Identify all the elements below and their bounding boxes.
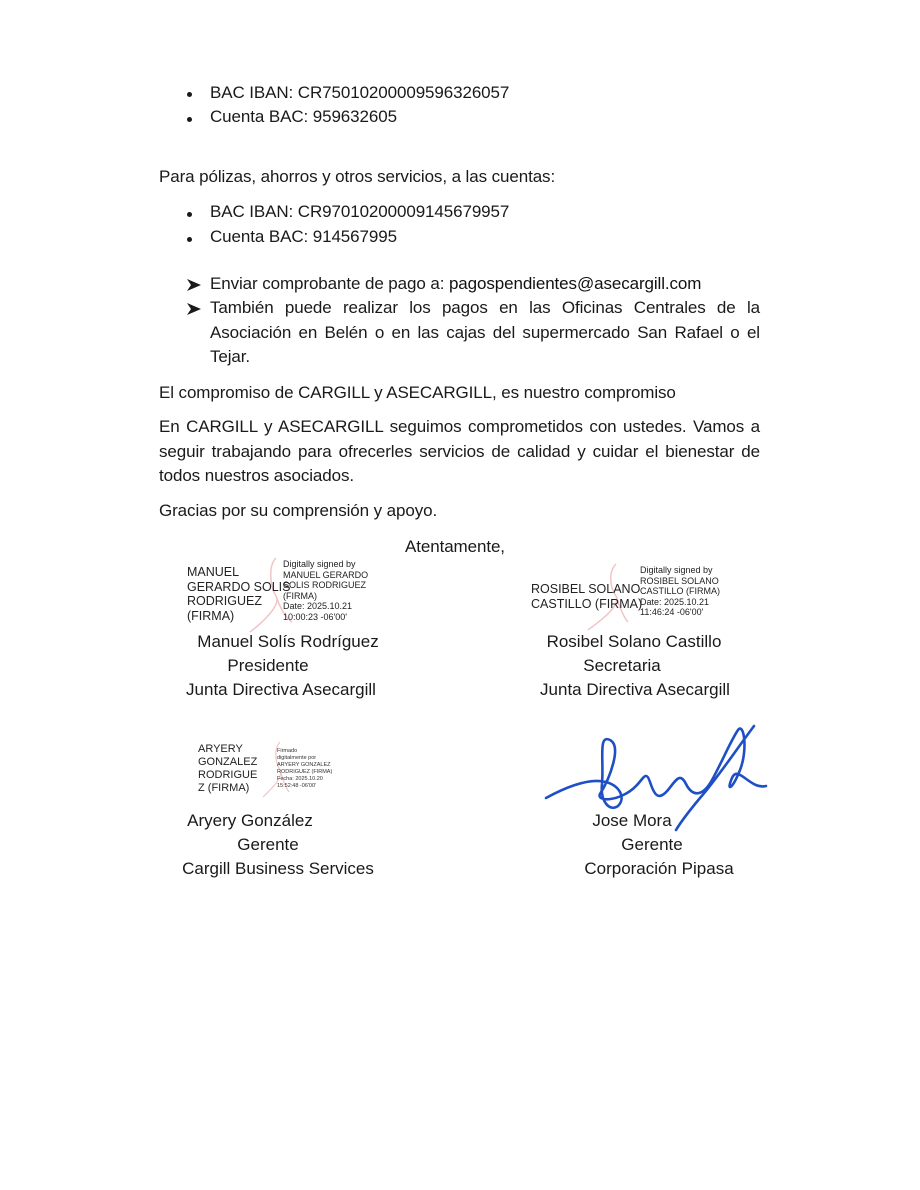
digital-signature-name: ROSIBEL SOLANO CASTILLO (FIRMA): [531, 582, 642, 611]
digital-signature-detail: Firmado digitalmente por ARYERY GONZALEZ…: [277, 748, 332, 790]
commitment-body: En CARGILL y ASECARGILL seguimos comprom…: [159, 415, 760, 489]
digital-signature-name: MANUEL GERARDO SOLIS RODRIGUEZ (FIRMA): [187, 565, 291, 623]
arrow-bullet-icon: [186, 278, 202, 292]
signatory-organization: Junta Directiva Asecargill: [170, 678, 392, 703]
document-page: BAC IBAN: CR75010200009596326057 Cuenta …: [0, 0, 920, 1190]
signatory-role: Secretaria: [526, 654, 718, 679]
signatory-name: Rosibel Solano Castillo: [526, 630, 742, 655]
signatory-name: Manuel Solís Rodríguez: [170, 630, 406, 655]
digital-signature-name: ARYERY GONZALEZ RODRIGUE Z (FIRMA): [198, 743, 257, 795]
instruction-prefix: Enviar comprobante de pago a:: [210, 274, 449, 293]
accounts-intro: Para pólizas, ahorros y otros servicios,…: [159, 165, 555, 189]
signatory-role: Presidente: [170, 654, 366, 679]
bullet-icon: [187, 212, 192, 217]
bullet-icon: [187, 237, 192, 242]
digital-signature-detail: Digitally signed by ROSIBEL SOLANO CASTI…: [640, 565, 720, 618]
closing-text: Atentamente,: [405, 535, 505, 559]
signatory-name: Aryery González: [170, 809, 330, 834]
bullet-icon: [187, 92, 192, 97]
account-iban-1: BAC IBAN: CR75010200009596326057: [210, 81, 509, 105]
account-number-2: Cuenta BAC: 914567995: [210, 225, 397, 249]
signatory-organization: Cargill Business Services: [170, 857, 386, 882]
bullet-icon: [187, 117, 192, 122]
thanks-text: Gracias por su comprensión y apoyo.: [159, 499, 437, 523]
instruction-send-receipt: Enviar comprobante de pago a: pagospendi…: [210, 272, 701, 296]
signatory-organization: Corporación Pipasa: [562, 857, 756, 882]
instruction-payment-locations: También puede realizar los pagos en las …: [210, 296, 760, 370]
signatory-name: Jose Mora: [562, 809, 702, 834]
payment-email-link[interactable]: pagospendientes@asecargill.com: [449, 274, 701, 293]
commitment-heading: El compromiso de CARGILL y ASECARGILL, e…: [159, 381, 676, 405]
signatory-role: Gerente: [562, 833, 742, 858]
signatory-organization: Junta Directiva Asecargill: [526, 678, 744, 703]
account-number-1: Cuenta BAC: 959632605: [210, 105, 397, 129]
arrow-bullet-icon: [186, 302, 202, 316]
signatory-role: Gerente: [170, 833, 366, 858]
digital-signature-detail: Digitally signed by MANUEL GERARDO SOLIS…: [283, 559, 368, 622]
account-iban-2: BAC IBAN: CR97010200009145679957: [210, 200, 509, 224]
